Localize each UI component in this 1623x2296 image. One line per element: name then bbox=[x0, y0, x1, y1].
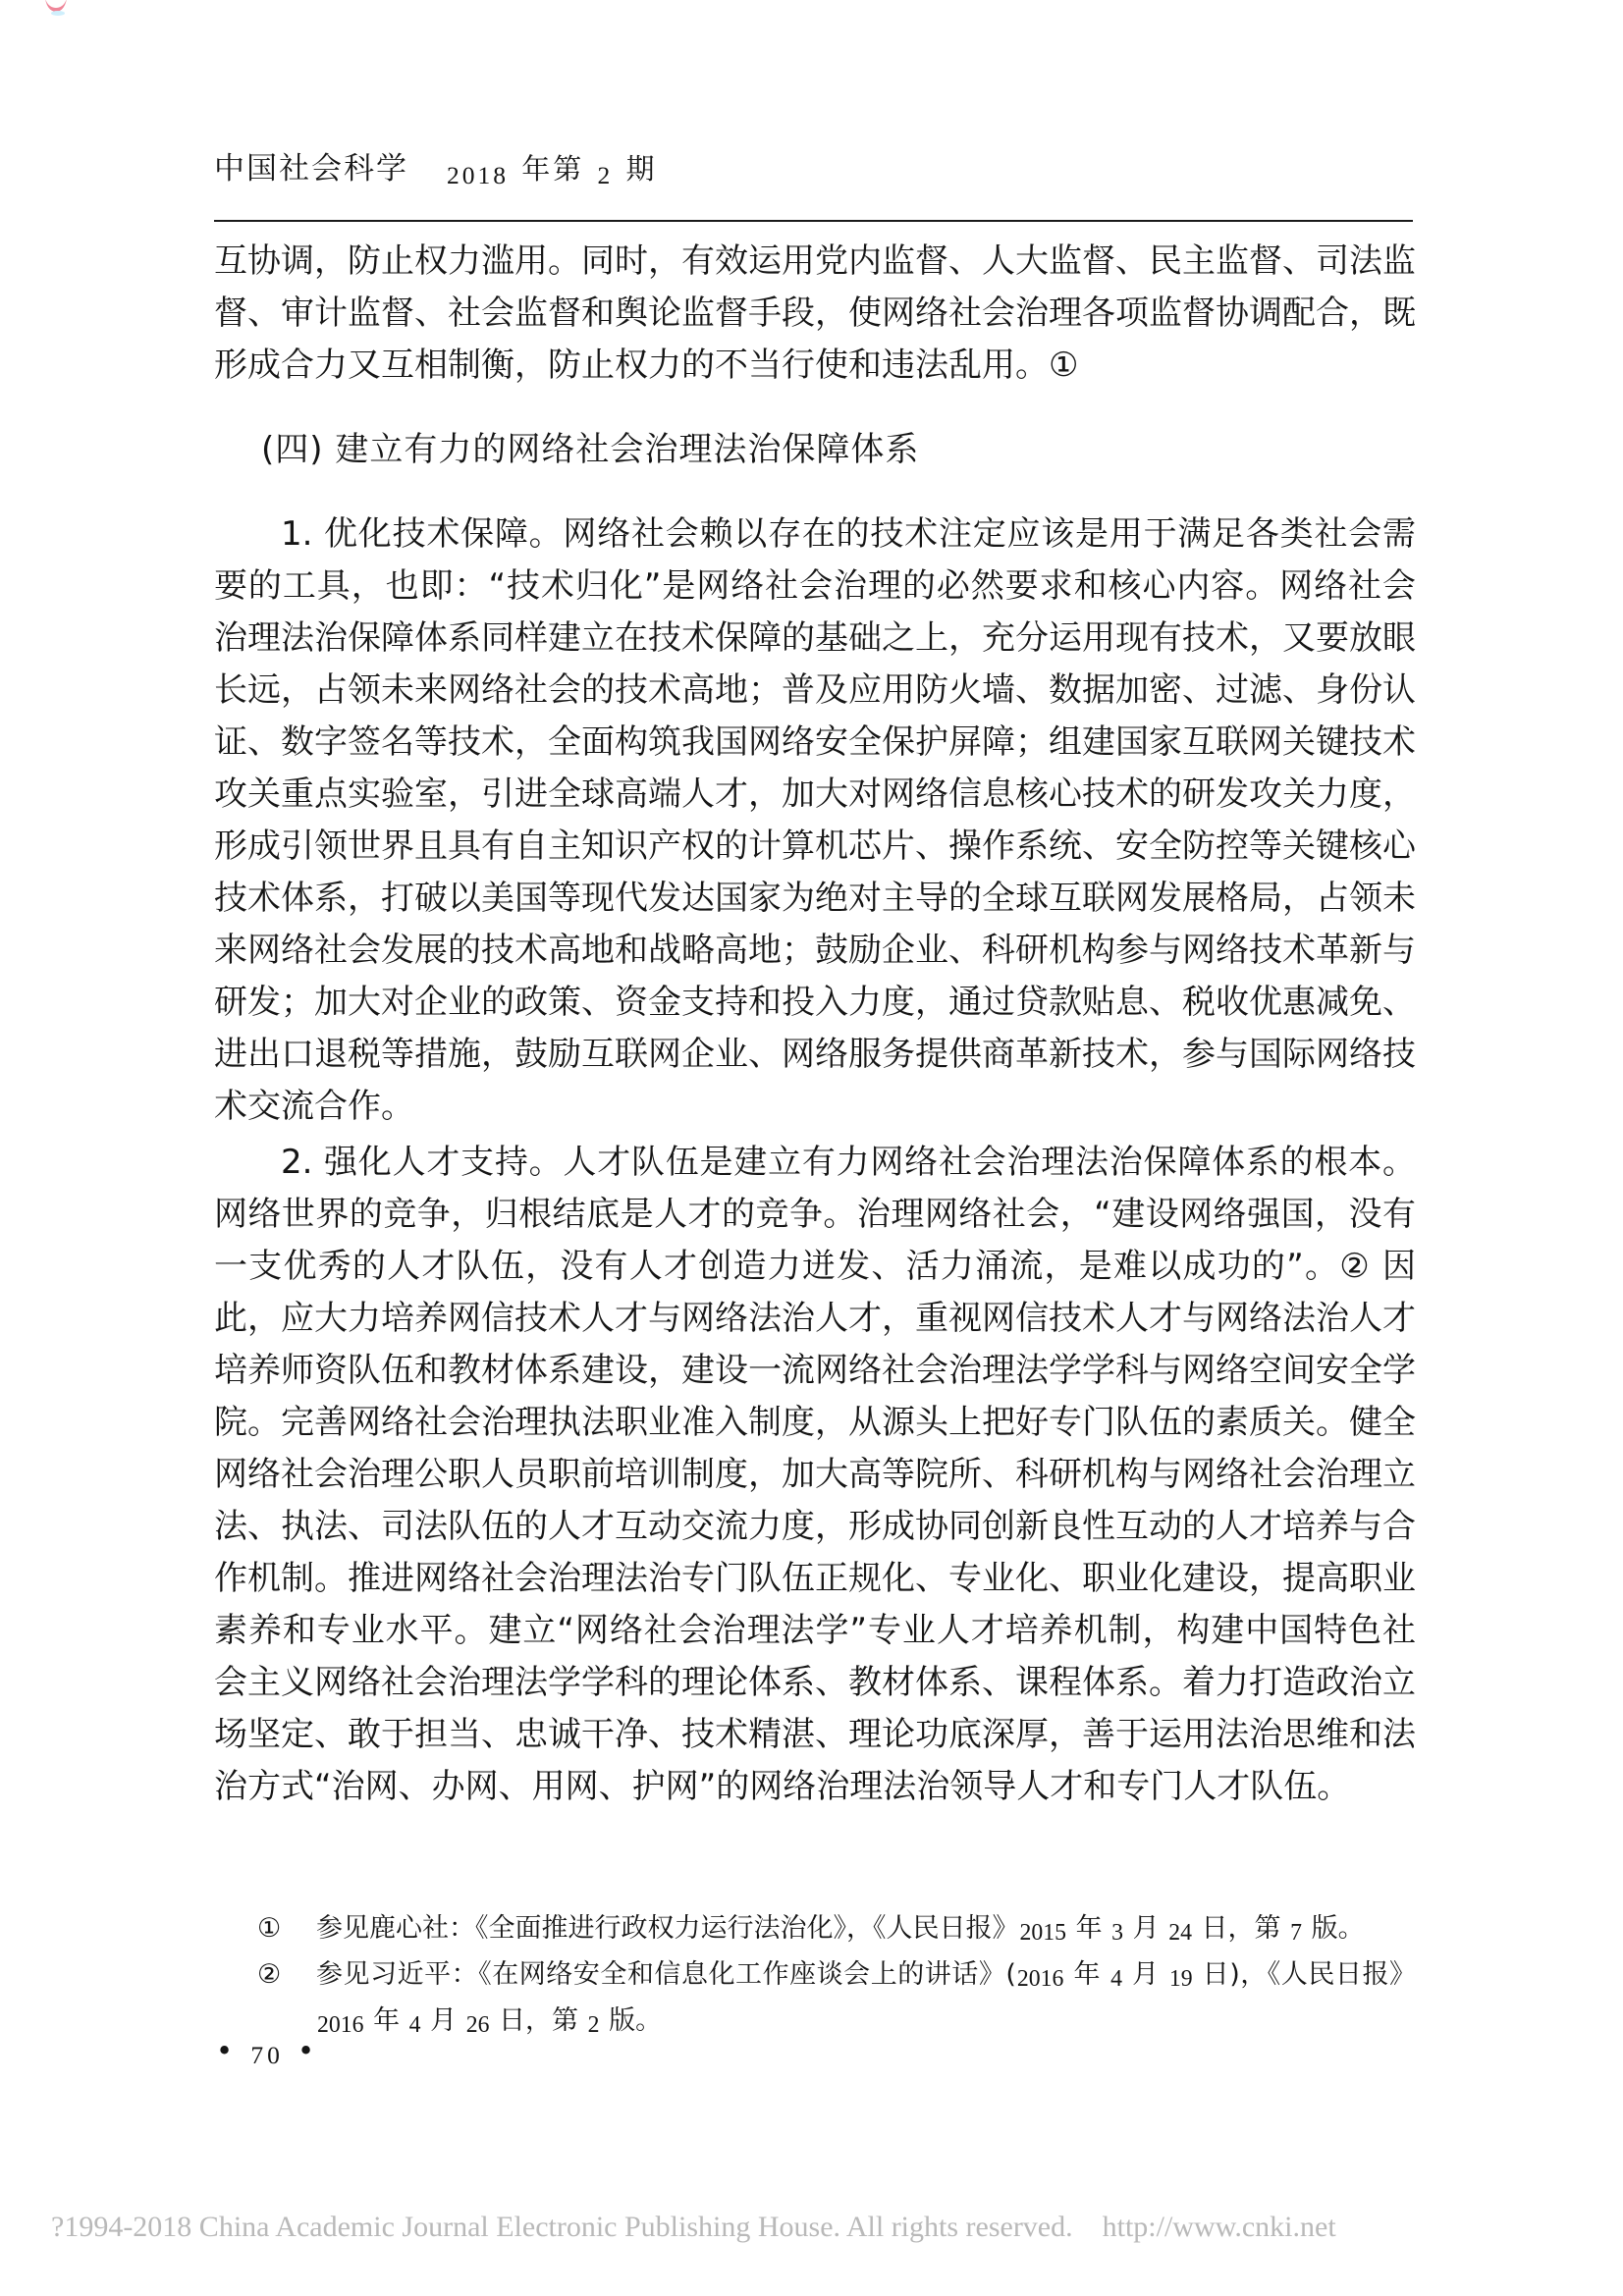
journal-title: 中国社会科学 bbox=[214, 151, 408, 187]
footnotes: ① 参见鹿心社：《全面推进行政权力运行法治化》，《人民日报》2015 年 3 月… bbox=[214, 1906, 1416, 2045]
paragraph-1: 1. 优化技术保障。网络社会赖以存在的技术注定应该是用于满足各类社会需要的工具，… bbox=[214, 508, 1416, 1133]
footnote-2-marker: ② bbox=[257, 1952, 316, 2045]
section-heading: (四) 建立有力的网络社会治理法治保障体系 bbox=[214, 424, 1416, 476]
footnote-1-marker: ① bbox=[257, 1906, 316, 1952]
page-number: • 70 • bbox=[216, 2034, 318, 2067]
scan-artifact-dot bbox=[51, 11, 65, 16]
article-body: 互协调，防止权力滥用。同时，有效运用党内监督、人大监督、民主监督、司法监督、审计… bbox=[214, 236, 1416, 1813]
paragraph-2: 2. 强化人才支持。人才队伍是建立有力网络社会治理法治保障体系的根本。网络世界的… bbox=[214, 1137, 1416, 1813]
footnote-1: ① 参见鹿心社：《全面推进行政权力运行法治化》，《人民日报》2015 年 3 月… bbox=[214, 1906, 1416, 1952]
footnote-1-text: 参见鹿心社：《全面推进行政权力运行法治化》，《人民日报》2015 年 3 月 2… bbox=[316, 1906, 1416, 1952]
copyright-watermark: ?1994-2018 China Academic Journal Electr… bbox=[51, 2211, 1336, 2244]
footnote-2: ② 参见习近平：《在网络安全和信息化工作座谈会上的讲话》(2016 年 4 月 … bbox=[214, 1952, 1416, 2045]
issue-label: 2018 年第 2 期 bbox=[446, 152, 657, 186]
header-rule bbox=[214, 220, 1413, 222]
journal-page: 中国社会科学2018 年第 2 期 互协调，防止权力滥用。同时，有效运用党内监督… bbox=[0, 0, 1623, 2296]
footnote-2-text: 参见习近平：《在网络安全和信息化工作座谈会上的讲话》(2016 年 4 月 19… bbox=[316, 1952, 1416, 2045]
page-header: 中国社会科学2018 年第 2 期 bbox=[214, 143, 1416, 187]
paragraph-continuation: 互协调，防止权力滥用。同时，有效运用党内监督、人大监督、民主监督、司法监督、审计… bbox=[214, 236, 1416, 392]
